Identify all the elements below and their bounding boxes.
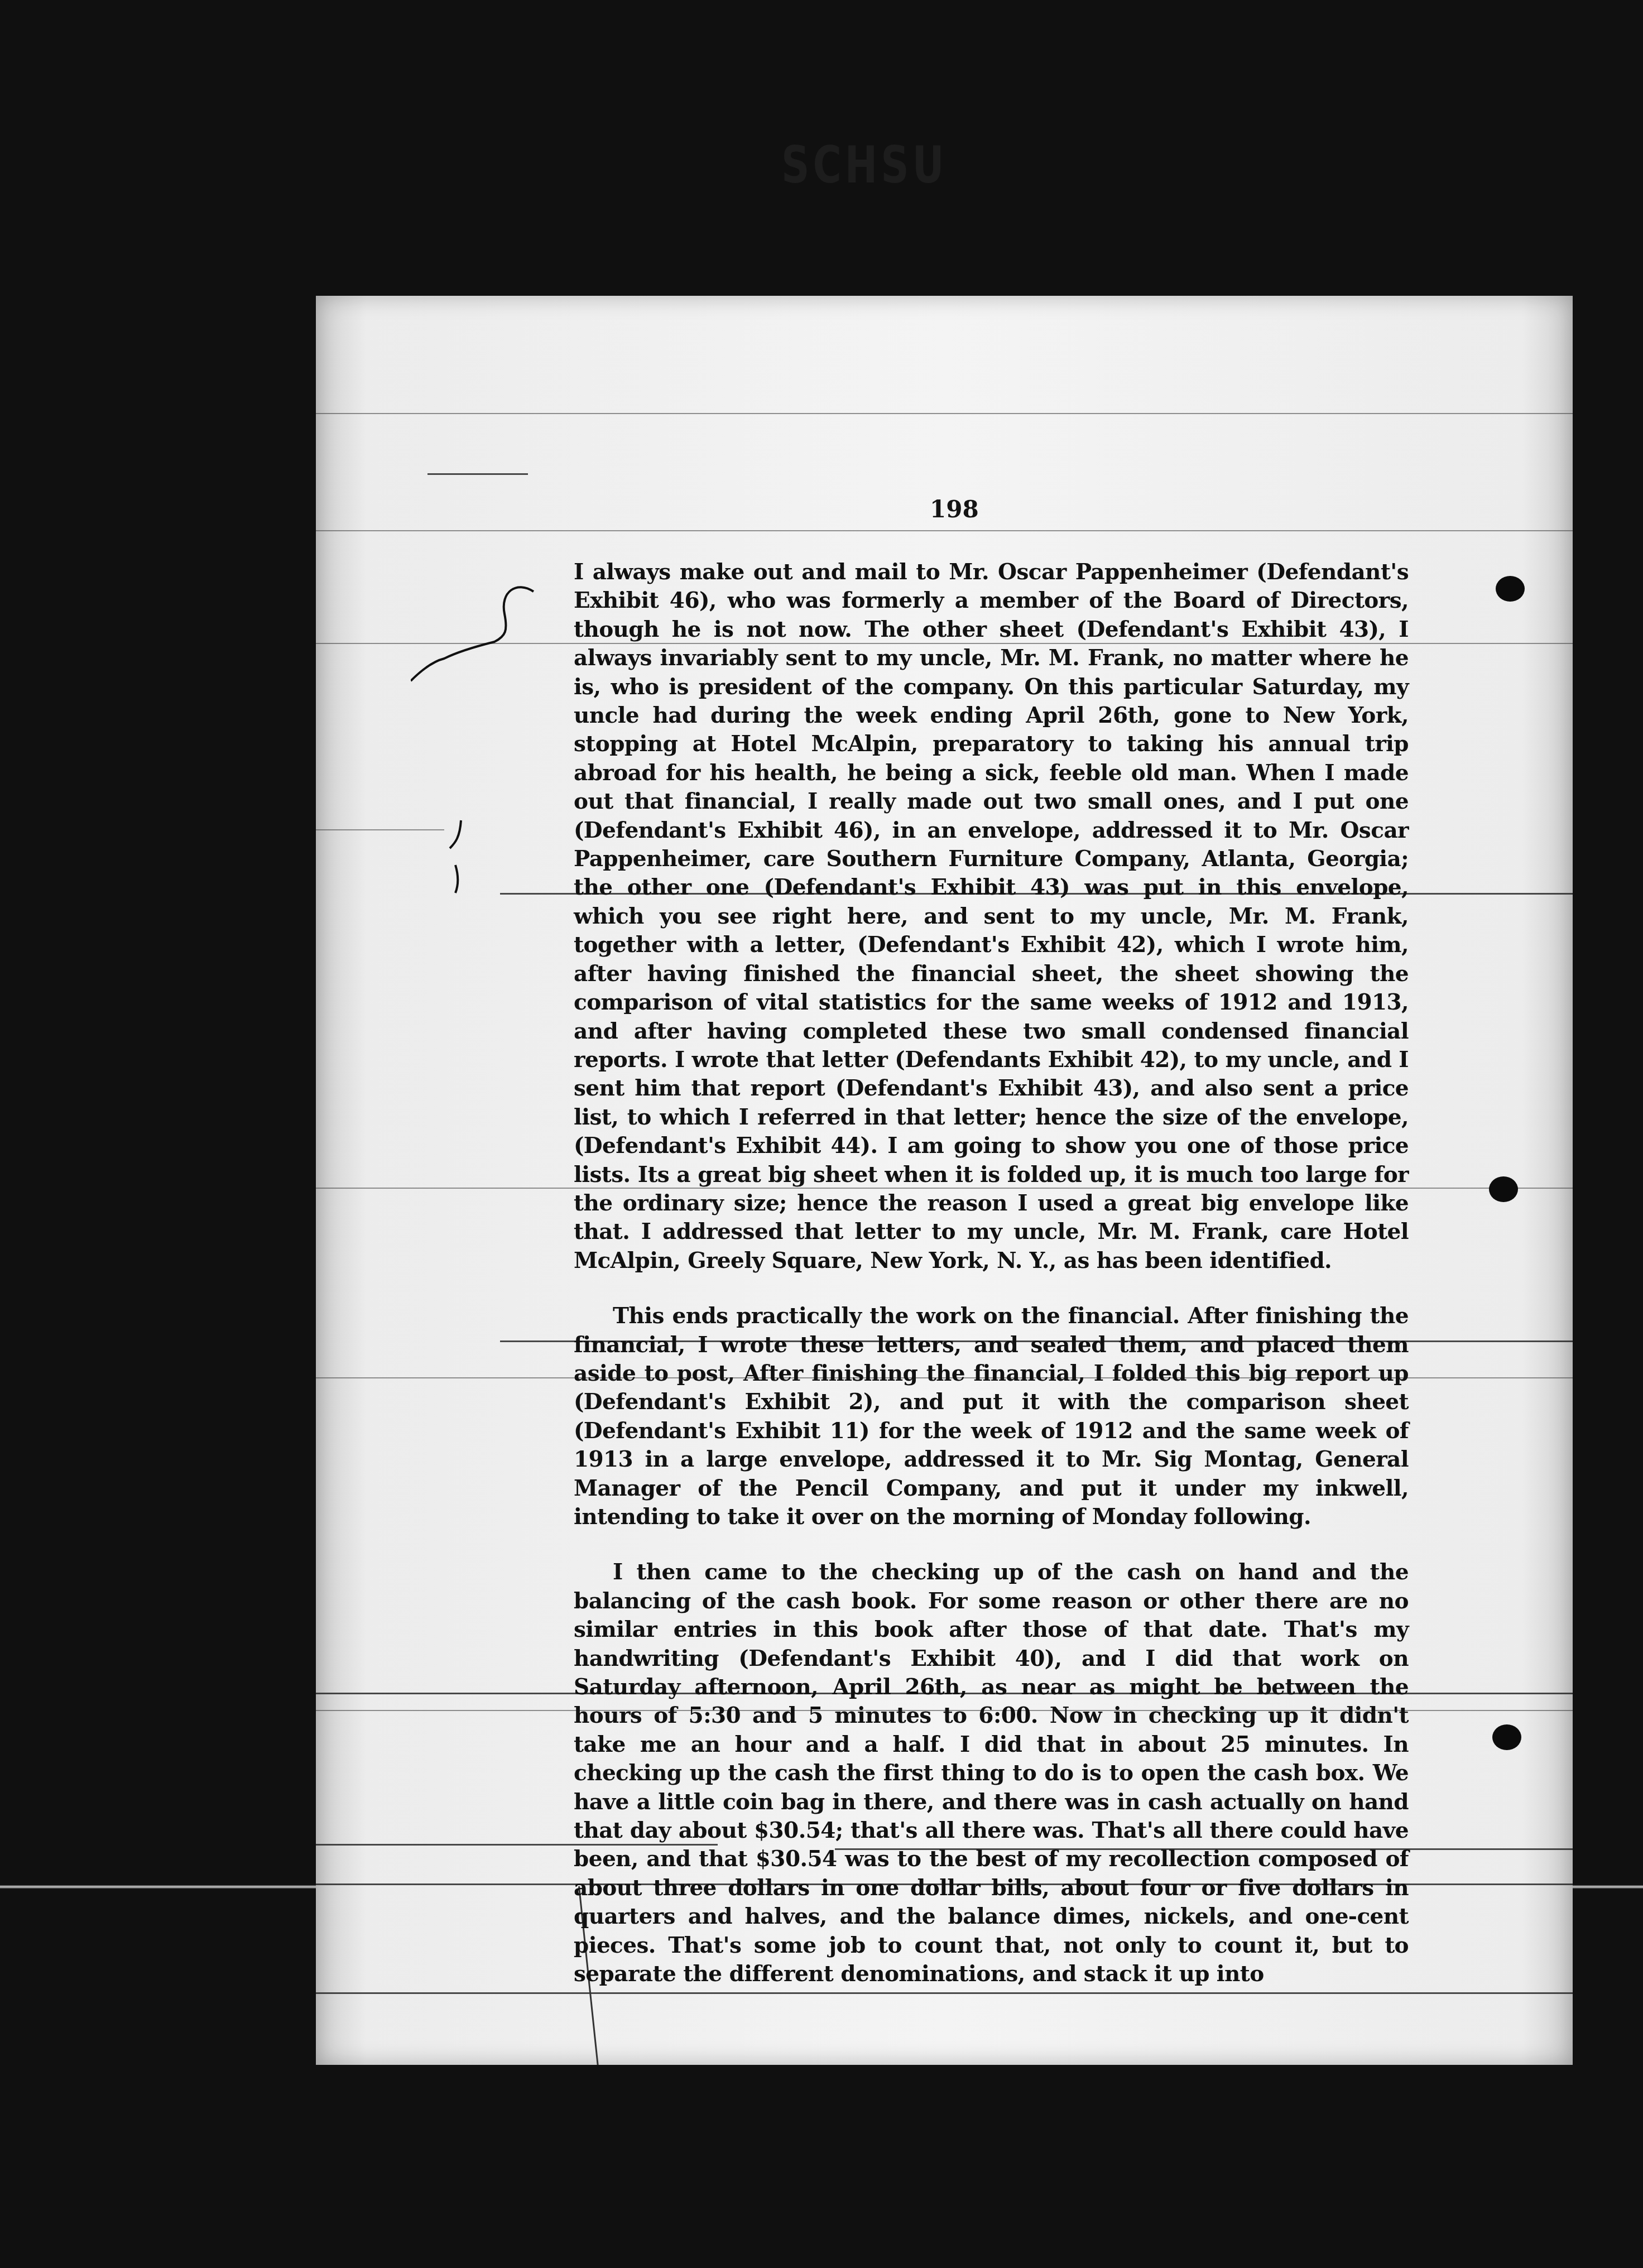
punch-hole — [1492, 1724, 1521, 1750]
scan-rule — [427, 473, 528, 475]
handwritten-margin-mark — [411, 569, 578, 737]
ghost-stamp-bleedthrough: SCHSU — [781, 136, 948, 195]
scan-rule — [316, 1992, 1573, 1994]
punch-hole — [1496, 576, 1525, 602]
punch-hole — [1489, 1176, 1518, 1202]
page-number: 198 — [930, 496, 979, 523]
paragraph: This ends practically the work on the fi… — [574, 1302, 1409, 1531]
scan-rule — [316, 413, 1573, 414]
handwritten-margin-mark — [439, 815, 483, 898]
document-page: 198 I always make out and mail to Mr. Os… — [316, 296, 1573, 2065]
scan-rule — [316, 530, 1573, 531]
paragraph: I always make out and mail to Mr. Oscar … — [574, 558, 1409, 1275]
scan-rule — [316, 829, 444, 830]
paragraph: I then came to the checking up of the ca… — [574, 1558, 1409, 1988]
testimony-body: I always make out and mail to Mr. Oscar … — [574, 558, 1409, 1989]
